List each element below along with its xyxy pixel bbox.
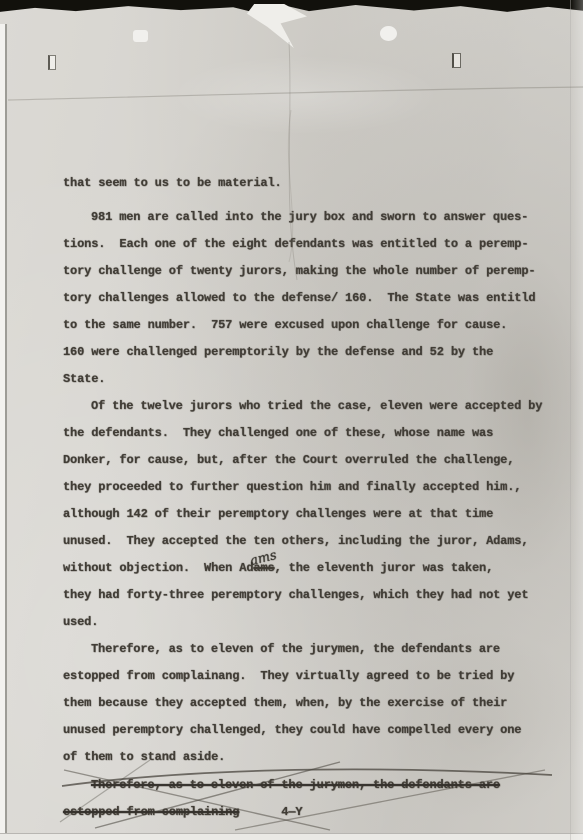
scanned-document-page: that seem to us to be material. 981 men … [0, 0, 583, 840]
paper-left-edge [0, 24, 7, 840]
typed-line: tions. Each one of the eight defendants … [63, 231, 563, 258]
typed-line-with-correction: without objection. When Adamsams, the el… [63, 555, 563, 582]
paper-right-edge [570, 0, 583, 840]
typed-line: of them to stand aside. [63, 744, 563, 771]
paragraph: Therefore, as to eleven of the jurymen, … [63, 636, 563, 771]
typed-line: 160 were challenged peremptorily by the … [63, 339, 563, 366]
struck-text: amsams [253, 561, 274, 575]
typed-line: unused. They accepted the ten others, in… [63, 528, 563, 555]
staple-mark [48, 55, 56, 70]
typed-line: although 142 of their peremptory challen… [63, 501, 563, 528]
typed-line: State. [63, 366, 563, 393]
typed-line: unused peremptory challenged, they could… [63, 717, 563, 744]
typed-line: that seem to us to be material. [63, 170, 563, 197]
struck-typed-line: estopped from complaining4—Y [63, 799, 563, 826]
struck-out-paragraph: Therefore, as to eleven of the jurymen, … [63, 772, 563, 826]
typed-line: to the same number. 757 were excused upo… [63, 312, 563, 339]
typed-line: used. [63, 609, 563, 636]
typed-text: , the eleventh juror was taken, [275, 561, 494, 575]
typed-line: Donker, for cause, but, after the Court … [63, 447, 563, 474]
typed-text: without objection. When Ad [63, 561, 253, 575]
paragraph: 981 men are called into the jury box and… [63, 204, 563, 393]
staple-mark [452, 53, 461, 68]
typed-line: tory challenges allowed to the defense/ … [63, 285, 563, 312]
paper-bottom-edge [0, 833, 583, 840]
typed-line: 981 men are called into the jury box and… [63, 204, 563, 231]
struck-typed-line: Therefore, as to eleven of the jurymen, … [63, 772, 563, 799]
punch-hole [133, 30, 148, 42]
paper-stain [170, 55, 440, 135]
page-number: 4—Y [281, 805, 302, 819]
struck-text: Therefore, as to eleven of the jurymen, … [91, 778, 500, 792]
typed-line: Therefore, as to eleven of the jurymen, … [63, 636, 563, 663]
typed-line: Of the twelve jurors who tried the case,… [63, 393, 563, 420]
struck-text: estopped from complaining [63, 805, 239, 819]
typed-line: they proceeded to further question him a… [63, 474, 563, 501]
paragraph: Of the twelve jurors who tried the case,… [63, 393, 563, 636]
paper-tear [247, 4, 307, 48]
typed-line: they had forty-three peremptory challeng… [63, 582, 563, 609]
typed-text-block: that seem to us to be material. 981 men … [63, 170, 563, 826]
typed-line: them because they accepted them, when, b… [63, 690, 563, 717]
typed-line: tory challenge of twenty jurors, making … [63, 258, 563, 285]
punch-hole [380, 26, 397, 41]
paragraph: that seem to us to be material. [63, 170, 563, 197]
typed-line: estopped from complainang. They virtuall… [63, 663, 563, 690]
typed-line: the defendants. They challenged one of t… [63, 420, 563, 447]
